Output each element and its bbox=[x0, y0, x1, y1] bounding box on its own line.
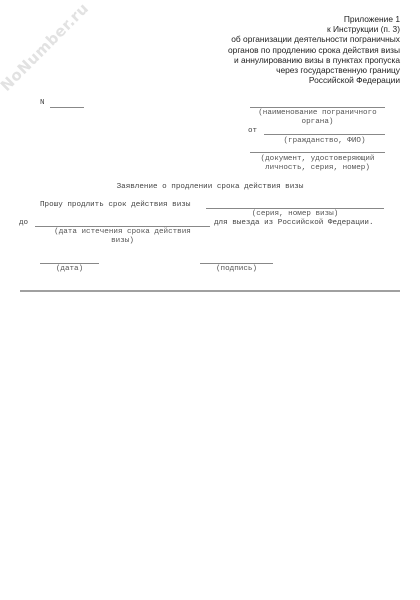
appendix-line: и аннулированию визы в пунктах пропуска bbox=[180, 55, 400, 65]
id-document-field[interactable] bbox=[250, 152, 385, 153]
visa-caption: (серия, номер визы) bbox=[206, 210, 384, 219]
date-caption: (дата) bbox=[40, 265, 99, 274]
until-label: до bbox=[19, 219, 28, 227]
appendix-line: через государственную границу bbox=[180, 65, 400, 75]
visa-number-field[interactable] bbox=[206, 208, 384, 209]
border-authority-caption: (наименование пограничного органа) bbox=[245, 109, 390, 127]
bottom-divider bbox=[20, 290, 400, 292]
expiry-caption: (дата истечения срока действия визы) bbox=[35, 228, 210, 246]
expiry-date-field[interactable] bbox=[35, 226, 210, 227]
border-authority-field[interactable] bbox=[250, 107, 385, 108]
id-document-caption: (документ, удостоверяющий личность, сери… bbox=[245, 155, 390, 173]
watermark: NoNumber.ru bbox=[0, 0, 92, 95]
citizenship-caption: (гражданство, ФИО) bbox=[264, 137, 385, 146]
signature-caption: (подпись) bbox=[200, 265, 273, 274]
signature-field[interactable] bbox=[200, 263, 273, 264]
appendix-line: Российской Федерации bbox=[180, 75, 400, 85]
appendix-line: Приложение 1 bbox=[180, 14, 400, 24]
appendix-line: органов по продлению срока действия визы bbox=[180, 45, 400, 55]
from-label: от bbox=[248, 127, 257, 135]
appendix-line: к Инструкции (п. 3) bbox=[180, 24, 400, 34]
number-field[interactable] bbox=[50, 107, 84, 108]
appendix-header: Приложение 1 к Инструкции (п. 3) об орга… bbox=[180, 14, 400, 85]
date-field[interactable] bbox=[40, 263, 99, 264]
number-label: N bbox=[40, 99, 45, 107]
citizenship-name-field[interactable] bbox=[264, 134, 385, 135]
appendix-line: об организации деятельности пограничных bbox=[180, 34, 400, 44]
departure-text: для выезда из Российской Федерации. bbox=[214, 219, 374, 227]
request-text: Прошу продлить срок действия визы bbox=[40, 201, 190, 209]
document-title: Заявление о продлении срока действия виз… bbox=[0, 183, 420, 191]
